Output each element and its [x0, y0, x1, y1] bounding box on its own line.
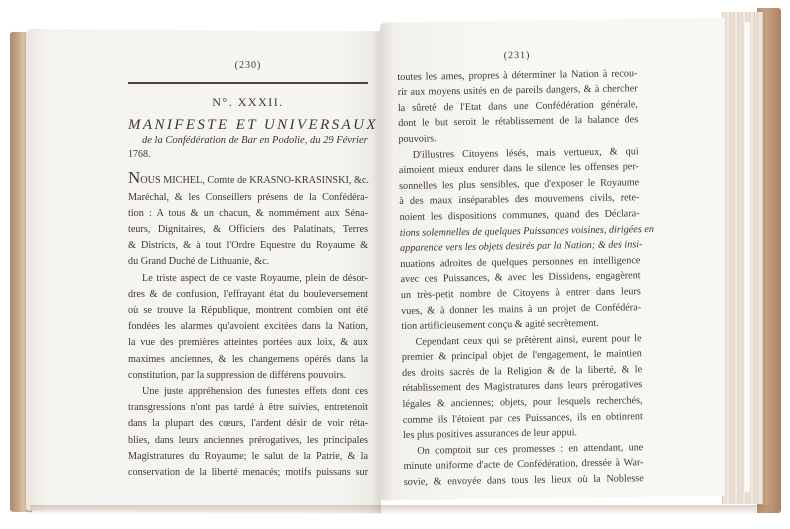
left-page-text: (230) N°. XXXII. MANIFESTE ET UNIVERSAUX…	[128, 58, 368, 481]
page-number: (230)	[128, 58, 368, 74]
page-fore-edge	[722, 12, 763, 504]
text-line: Maréchal, & les Conseillers présens de l…	[128, 190, 368, 206]
text-line: dres & de confusion, l'effrayant état du…	[128, 287, 368, 303]
text-line: Une juste appréhension des funestes effe…	[128, 384, 368, 400]
text-line: maximes anciennes, & les changemens opér…	[128, 352, 368, 368]
book-shadow	[30, 505, 770, 515]
text-line: teurs, Dignitaires, & Officiers des Pala…	[128, 222, 368, 238]
document-number: N°. XXXII.	[128, 94, 368, 110]
header-rule	[128, 82, 368, 84]
text-line: dans la plupart des cœurs, l'ardent dési…	[128, 416, 368, 432]
text-line: la vue des premières atteintes portées a…	[128, 335, 368, 351]
right-page-text: (231) toutes les ames, propres à détermi…	[397, 46, 644, 490]
text-line: transgressions n'ont pas tardé à être su…	[128, 400, 368, 416]
text-line: Magistratures du Royaume; le salut de la…	[128, 449, 368, 465]
text-line: du Grand Duché de Lithuanie, &c.	[128, 254, 368, 270]
drop-cap: N	[128, 168, 140, 187]
text-line: tion : A tous & un chacun, & nommément a…	[128, 206, 368, 222]
page-number: (231)	[397, 46, 637, 65]
document-title: MANIFESTE ET UNIVERSAUX	[128, 116, 368, 134]
text-line: où se trouve la République, montrent com…	[128, 303, 368, 319]
document-year: 1768.	[128, 148, 368, 162]
text-line: conservation de la liberté menacés; moti…	[128, 465, 368, 481]
text-line: & Districts, & à tout l'Ordre Equestre d…	[128, 238, 368, 254]
text-line: constitution, par la suppression de diff…	[128, 368, 368, 384]
text-line: fondées les alarmes qu'avoient excitées …	[128, 319, 368, 335]
document-subtitle: de la Confédération de Bar en Podolie, d…	[128, 134, 368, 148]
text-line: NOUS MICHEL, Comte de KRASNO-KRASINSKI, …	[128, 170, 368, 189]
right-body-text: toutes les ames, propres à déterminer la…	[397, 66, 644, 491]
book-photo: (230) N°. XXXII. MANIFESTE ET UNIVERSAUX…	[0, 0, 790, 529]
text-line: Le triste aspect de ce vaste Royaume, pl…	[128, 271, 368, 287]
text-line: blies, dans leurs anciennes prérogatives…	[128, 433, 368, 449]
left-body-text: NOUS MICHEL, Comte de KRASNO-KRASINSKI, …	[128, 170, 368, 481]
